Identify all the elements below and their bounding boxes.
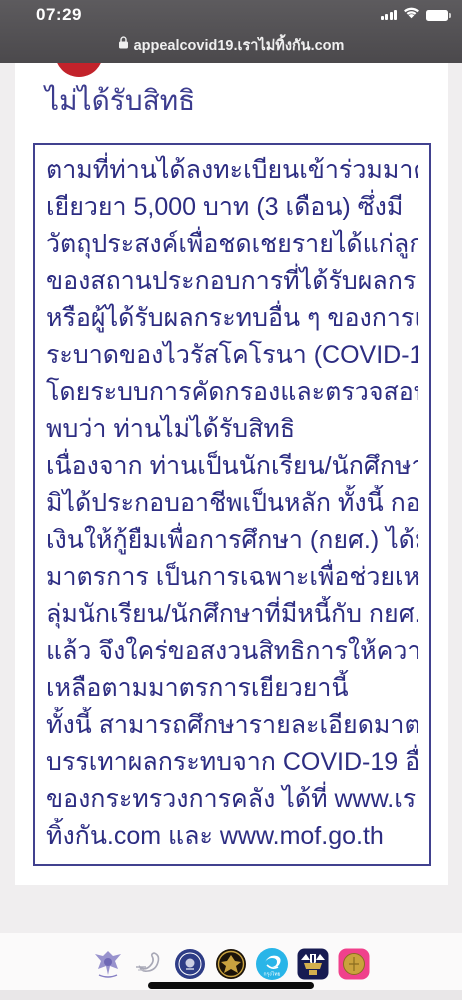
notice-line: หรือผู้ได้รับผลกระทบอื่น ๆ ของการแพร่ bbox=[46, 300, 418, 337]
lock-icon bbox=[118, 36, 129, 54]
page-title: ไม่ได้รับสิทธิ bbox=[45, 79, 195, 123]
notice-line: ลุ่มนักเรียน/นักศึกษาที่มีหนี้กับ กยศ. bbox=[46, 596, 418, 633]
url-bar[interactable]: appealcovid19.เราไม่ทิ้งกัน.com bbox=[0, 30, 462, 60]
baac-bank-logo bbox=[296, 947, 330, 981]
top-bar: 07:29 appealcovid19.เราไม่ทิ้งกัน.com bbox=[0, 0, 462, 63]
status-bar: 07:29 bbox=[0, 0, 462, 30]
notice-line: ตามที่ท่านได้ลงทะเบียนเข้าร่วมมาตรการ bbox=[46, 152, 418, 189]
url-text: appealcovid19.เราไม่ทิ้งกัน.com bbox=[134, 34, 345, 57]
notice-line: เหลือตามมาตรการเยียวยานี้ bbox=[46, 670, 418, 707]
home-indicator[interactable] bbox=[148, 982, 314, 989]
notice-line: ของกระทรวงการคลัง ได้ที่ www.เราไม่ bbox=[46, 781, 418, 818]
notice-line: แล้ว จึงใคร่ขอสงวนสิทธิการให้ความช่วย bbox=[46, 633, 418, 670]
notice-line: โดยระบบการคัดกรองและตรวจสอบสิทธิ bbox=[46, 374, 418, 411]
web-page: ไม่ได้รับสิทธิ ตามที่ท่านได้ลงทะเบียนเข้… bbox=[15, 63, 448, 885]
bottom-strip bbox=[0, 990, 462, 1000]
svg-text:กรุงไทย: กรุงไทย bbox=[264, 971, 281, 978]
agency-logos-row: กรุงไทย bbox=[0, 946, 462, 982]
cellular-signal-icon bbox=[381, 10, 398, 20]
notice-line: เยียวยา 5,000 บาท (3 เดือน) ซึ่งมี bbox=[46, 189, 418, 226]
wifi-icon bbox=[403, 6, 420, 24]
notice-box: ตามที่ท่านได้ลงทะเบียนเข้าร่วมมาตรการ เย… bbox=[33, 143, 431, 866]
notice-line: ทิ้งกัน.com และ www.mof.go.th bbox=[46, 818, 418, 855]
government-agency-seal-navy-logo bbox=[173, 947, 207, 981]
notice-line: ระบาดของไวรัสโคโรนา (COVID-19) bbox=[46, 337, 418, 374]
fiscal-policy-office-logo bbox=[132, 947, 166, 981]
clock-text: 07:29 bbox=[36, 5, 82, 25]
notice-line: ทั้งนี้ สามารถศึกษารายละเอียดมาตรการ bbox=[46, 707, 418, 744]
krungthai-bank-logo: กรุงไทย bbox=[255, 947, 289, 981]
notice-line: ของสถานประกอบการที่ได้รับผลกระทบ bbox=[46, 263, 418, 300]
notice-line: มิได้ประกอบอาชีพเป็นหลัก ทั้งนี้ กองทุน bbox=[46, 485, 418, 522]
battery-icon bbox=[426, 10, 448, 21]
notice-line: วัตถุประสงค์เพื่อชดเชยรายได้แก่ลูกจ้าง bbox=[46, 226, 418, 263]
site-logo-partial bbox=[55, 63, 103, 77]
notice-line: มาตรการ เป็นการเฉพาะเพื่อช่วยเหลือก bbox=[46, 559, 418, 596]
notice-line: เงินให้กู้ยืมเพื่อการศึกษา (กยศ.) ได้มี bbox=[46, 522, 418, 559]
government-agency-seal-gold-logo bbox=[214, 947, 248, 981]
notice-line: บรรเทาผลกระทบจาก COVID-19 อื่น ๆ bbox=[46, 744, 418, 781]
notice-line: เนื่องจาก ท่านเป็นนักเรียน/นักศึกษา ที่ bbox=[46, 448, 418, 485]
ministry-of-finance-garuda-logo bbox=[91, 947, 125, 981]
notice-line: พบว่า ท่านไม่ได้รับสิทธิ bbox=[46, 411, 418, 448]
gsb-bank-logo bbox=[337, 947, 371, 981]
